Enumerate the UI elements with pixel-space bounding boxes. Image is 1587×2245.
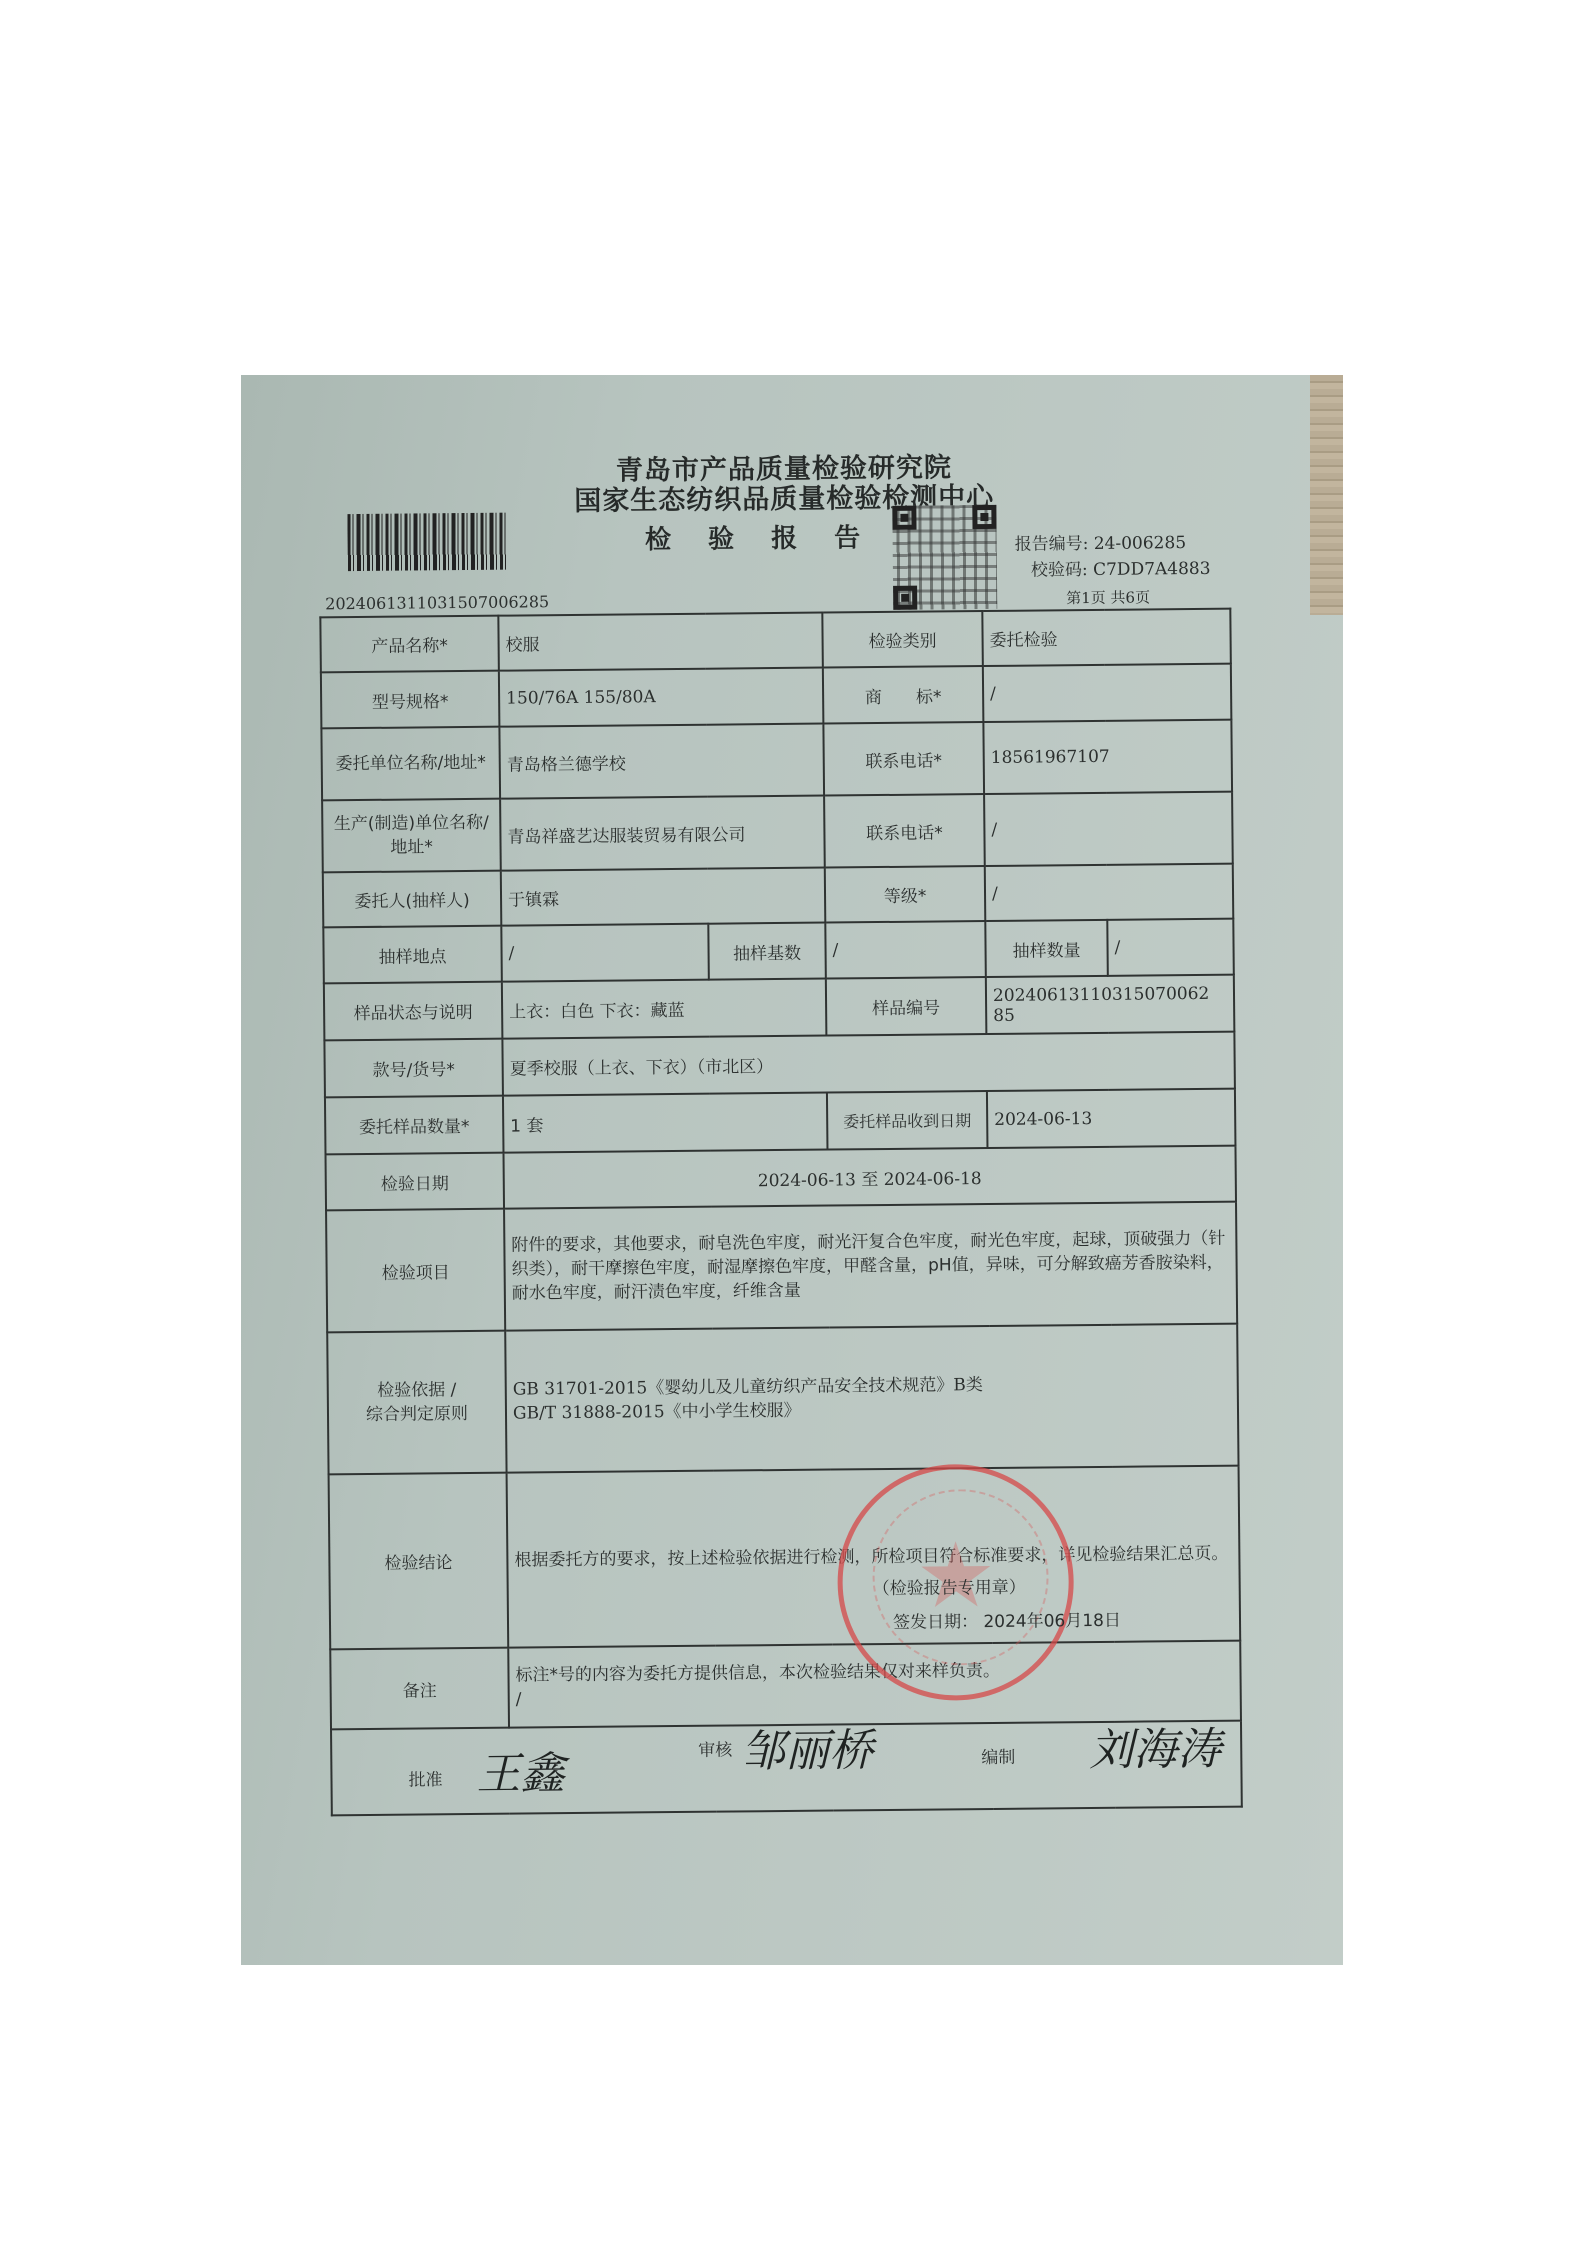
sample-no-value: 20240613110315070062​85 (986, 975, 1235, 1034)
inspection-type-value: 委托检验 (982, 609, 1231, 666)
sampling-base-label: 抽样基数 (708, 923, 826, 980)
check-code-value: C7DD7A4883 (1093, 559, 1211, 580)
table-row: 检验日期 2024-06-13 至 2024-06-18 (326, 1146, 1236, 1211)
compile-label: 编制 (981, 1743, 1015, 1768)
check-code: 校验码: C7DD7A4883 (1031, 554, 1211, 581)
review-signature: 邹丽桥 (741, 1714, 874, 1779)
sampling-qty-value: / (1107, 919, 1234, 976)
conclusion-label: 检验结论 (329, 1473, 509, 1650)
basis-label: 检验依据 / 综合判定原则 (327, 1331, 506, 1475)
client-value: 青岛格兰德学校 (499, 724, 824, 799)
inspection-date-value: 2024-06-13 至 2024-06-18 (503, 1146, 1236, 1209)
table-row: 生产(制造)单位名称/地址* 青岛祥盛艺达服装贸易有限公司 联系电话* / (322, 792, 1233, 873)
grade-value: / (985, 864, 1234, 921)
received-date-value: 2024-06-13 (987, 1089, 1236, 1148)
sampler-value: 于镇霖 (501, 868, 826, 926)
sampling-place-label: 抽样地点 (323, 926, 502, 984)
table-row: 产品名称* 校服 检验类别 委托检验 (320, 609, 1230, 673)
sample-state-value: 上衣：白色 下衣：藏蓝 (502, 979, 827, 1039)
table-row: 委托单位名称/地址* 青岛格兰德学校 联系电话* 18561967107 (321, 720, 1232, 801)
trademark-label: 商 标* (823, 666, 984, 724)
seal-caption: （检验报告专用章） (873, 1573, 1026, 1599)
inspection-date-label: 检验日期 (326, 1153, 505, 1211)
barcode-number: 20240613110315070062​85 (325, 592, 549, 613)
sample-state-label: 样品状态与说明 (324, 982, 503, 1041)
report-number: 报告编号: 24-006285 (1015, 528, 1187, 555)
approve-signature: 王鑫 (476, 1737, 565, 1802)
page-info: 第1页 共6页 (1066, 586, 1150, 608)
sampling-base-value: / (825, 921, 986, 979)
report-title: 检 验 报 告 (634, 517, 884, 556)
issue-date: 签发日期： 2024年06月18日 (893, 1606, 1121, 1633)
trademark-value: / (983, 664, 1232, 722)
inspection-type-label: 检验类别 (822, 611, 983, 668)
sample-no-label: 样品编号 (826, 977, 987, 1036)
sampling-qty-label: 抽样数量 (985, 920, 1108, 977)
sample-qty-label: 委托样品数量* (325, 1096, 504, 1155)
compile-signature: 刘海涛 (1089, 1713, 1222, 1778)
basis-value: GB 31701-2015《婴幼儿及儿童纺织产品安全技术规范》B类 GB/T 3… (505, 1324, 1238, 1473)
report-number-value: 24-006285 (1094, 533, 1186, 554)
table-row: 型号规格* 150/76A 155/80A 商 标* / (321, 664, 1231, 729)
sampling-place-value: / (501, 924, 709, 982)
manufacturer-phone-label: 联系电话* (824, 794, 985, 868)
table-row: 检验项目 附件的要求，其他要求，耐皂洗色牢度，耐光汗复合色牢度，耐光色牢度，起球… (326, 1202, 1237, 1333)
check-code-label: 校验码: (1031, 560, 1088, 581)
manufacturer-phone-value: / (984, 792, 1233, 866)
product-name-value: 校服 (498, 613, 823, 671)
table-row: 款号/货号* 夏季校服（上衣、下衣）（市北区） (324, 1032, 1235, 1098)
qr-code-icon (892, 505, 997, 610)
table-row: 委托样品数量* 1 套 委托样品收到日期 2024-06-13 (325, 1089, 1236, 1155)
basis-label-line-1: 检验依据 / (335, 1378, 499, 1404)
received-date-label: 委托样品收到日期 (827, 1091, 988, 1150)
table-row: 委托人(抽样人) 于镇霖 等级* / (323, 864, 1233, 928)
client-label: 委托单位名称/地址* (321, 727, 500, 801)
product-name-label: 产品名称* (320, 616, 499, 673)
sampler-label: 委托人(抽样人) (323, 871, 502, 928)
items-label: 检验项目 (326, 1209, 505, 1333)
style-no-label: 款号/货号* (324, 1039, 503, 1098)
remarks-label: 备注 (330, 1648, 509, 1730)
style-no-value: 夏季校服（上衣、下衣）（市北区） (502, 1032, 1235, 1096)
client-phone-value: 18561967107 (983, 720, 1232, 794)
table-row: 检验依据 / 综合判定原则 GB 31701-2015《婴幼儿及儿童纺织产品安全… (327, 1324, 1238, 1475)
review-label: 审核 (698, 1735, 732, 1760)
items-value: 附件的要求，其他要求，耐皂洗色牢度，耐光汗复合色牢度，耐光色牢度，起球，顶破强力… (504, 1202, 1237, 1331)
model-value: 150/76A 155/80A (499, 668, 824, 727)
report-number-label: 报告编号: (1015, 534, 1089, 555)
table-row: 抽样地点 / 抽样基数 / 抽样数量 / (323, 919, 1233, 984)
table-row: 样品状态与说明 上衣：白色 下衣：藏蓝 样品编号 202406131103150… (324, 975, 1235, 1041)
approve-label: 批准 (408, 1765, 442, 1790)
basis-label-line-2: 综合判定原则 (335, 1402, 499, 1428)
grade-label: 等级* (825, 866, 986, 923)
client-phone-label: 联系电话* (823, 722, 984, 796)
model-label: 型号规格* (321, 671, 500, 729)
inspection-report: 青岛市产品质量检验研究院 国家生态纺织品质量检验检测中心 检 验 报 告 202… (0, 0, 1587, 2245)
manufacturer-value: 青岛祥盛艺达服装贸易有限公司 (500, 796, 825, 871)
barcode-icon (347, 513, 508, 572)
report-form-table: 产品名称* 校服 检验类别 委托检验 型号规格* 150/76A 155/80A… (319, 608, 1242, 1817)
sample-qty-value: 1 套 (503, 1093, 828, 1153)
manufacturer-label: 生产(制造)单位名称/地址* (322, 799, 501, 873)
